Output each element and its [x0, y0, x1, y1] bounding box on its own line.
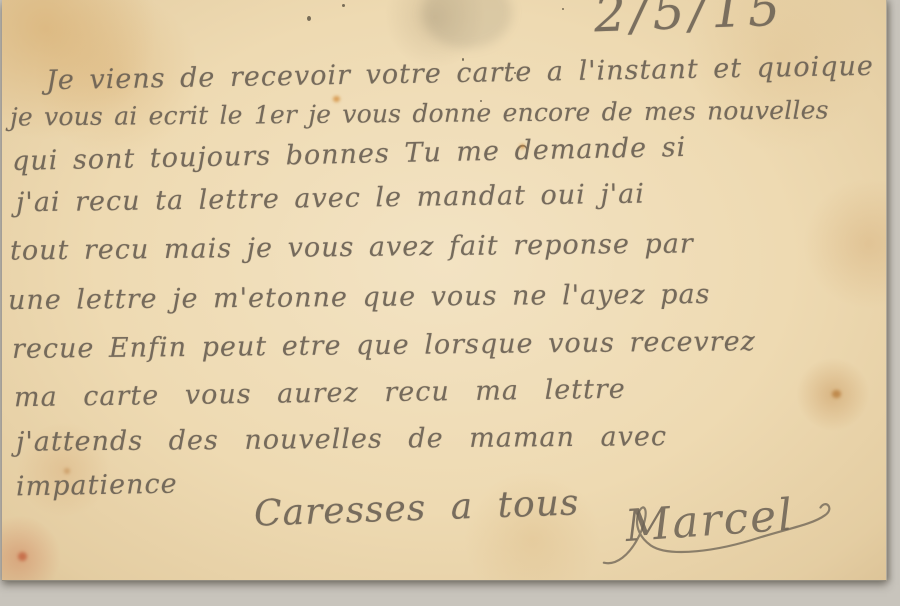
- signature: Marcel: [596, 483, 861, 581]
- handwritten-line-4: j'ai recu ta lettre avec le mandat oui j…: [16, 179, 645, 219]
- handwritten-line-5: tout recu mais je vous avez fait reponse…: [10, 228, 694, 266]
- ink-speck: [480, 100, 482, 102]
- ink-speck: [462, 58, 464, 61]
- pencil-smudge: [422, 0, 512, 48]
- date: 2/5/15: [593, 0, 786, 43]
- handwritten-line-7: recue Enfin peut etre que lorsque vous r…: [12, 326, 756, 365]
- handwritten-line-3: qui sont toujours bonnes Tu me demande s…: [12, 132, 687, 177]
- paper-stain: [333, 96, 340, 102]
- ink-speck: [562, 8, 564, 10]
- handwritten-line-1: Je viens de recevoir votre carte a l'ins…: [46, 51, 874, 96]
- ink-speck: [307, 16, 311, 21]
- paper-stain: [832, 390, 841, 398]
- ink-speck: [342, 4, 345, 7]
- handwritten-line-8: ma carte vous aurez recu ma lettre: [14, 374, 626, 414]
- handwritten-line-6: une lettre je m'etonne que vous ne l'aye…: [8, 279, 711, 316]
- handwritten-line-10: impatience: [16, 469, 178, 503]
- paper-stain: [520, 144, 525, 149]
- paper-stain: [18, 552, 27, 561]
- ink-speck: [514, 72, 516, 74]
- handwritten-line-2: je vous ai ecrit le 1er je vous donne en…: [10, 95, 829, 131]
- handwritten-line-9: j'attends des nouvelles de maman avec: [16, 421, 667, 458]
- postcard: 2/5/15 Je viens de recevoir votre carte …: [2, 0, 887, 581]
- closing-caresses: Caresses a tous: [253, 482, 580, 534]
- paper-stain: [64, 468, 70, 474]
